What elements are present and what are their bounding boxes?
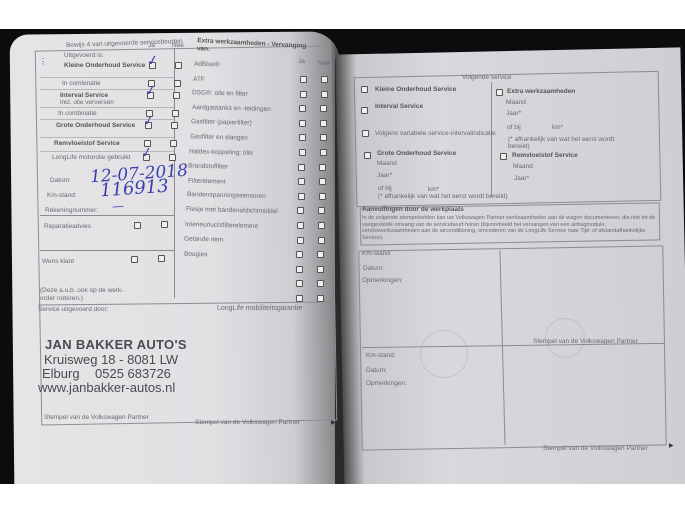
rekeningnummer-value: —: [112, 199, 125, 214]
reparatieadvies-ja-checkbox[interactable]: [134, 222, 141, 229]
extra-item-nee-checkbox[interactable]: [317, 280, 324, 287]
divider: [491, 82, 492, 197]
rem-jaar-label: Jaar*: [514, 175, 529, 182]
service-nee-checkbox[interactable]: [169, 154, 176, 161]
extra-item-label: Haldex-koppeling: olie: [189, 148, 253, 157]
volgende-item-1: Interval Service: [375, 103, 423, 110]
extra-item-nee-checkbox[interactable]: [321, 91, 328, 98]
divider: [40, 107, 174, 108]
ja-header: Ja: [148, 42, 155, 49]
entry1-opmerkingen-label: Opmerkingen:: [362, 277, 403, 284]
extra-item-ja-checkbox[interactable]: [299, 134, 306, 141]
divider: [40, 151, 174, 152]
extra-item-ja-checkbox[interactable]: [296, 266, 303, 273]
extra-item-label: Getande riem: [184, 236, 224, 244]
extra-ja-header: Ja: [298, 58, 305, 65]
divider: [40, 137, 174, 138]
service-sublabel: incl. olie verversen: [60, 99, 114, 106]
volgende-service-header: Volgende service: [462, 74, 512, 81]
extra-item-nee-checkbox[interactable]: [317, 266, 324, 273]
margin-mark: ⋮: [39, 57, 47, 66]
grote-maand-label: Maand: [377, 160, 397, 167]
dealer-website: www.janbakker-autos.nl: [38, 380, 175, 395]
dealer-name: JAN BAKKER AUTO'S: [45, 337, 187, 352]
service-label: Remvloeistof Service: [54, 140, 120, 147]
extra-nee-header: Nee: [318, 60, 330, 67]
extra-item-nee-checkbox[interactable]: [318, 222, 325, 229]
grote-of-bij-label: of bij: [378, 185, 392, 192]
extra-item-nee-checkbox[interactable]: [320, 120, 327, 127]
checkmark-icon: ✓: [144, 82, 158, 100]
service-label: In combinatie: [62, 80, 101, 87]
kmstand-label: Km-stand:: [47, 192, 77, 199]
service-nee-checkbox[interactable]: [172, 110, 179, 117]
volgende-item-3: Grote Onderhoud Service: [377, 150, 456, 157]
extra-item-ja-checkbox[interactable]: [298, 164, 305, 171]
service-nee-checkbox[interactable]: [173, 92, 180, 99]
service-label: LongLife motorolie gebruikt: [52, 154, 130, 161]
reparatieadvies-nee-checkbox[interactable]: [161, 221, 168, 228]
longlife-mobiliteitsgarantie-label: LongLife mobiliteitsgarantie: [217, 305, 302, 312]
nee-header: Nee: [172, 42, 184, 49]
rekeningnummer-label: Rekeningnummer:: [45, 207, 98, 214]
entry2-kmstand-label: Km-stand:: [366, 352, 396, 359]
extra-item-nee-checkbox[interactable]: [320, 149, 327, 156]
interval-service-checkbox[interactable]: [361, 107, 368, 114]
wens-klant-nee-checkbox[interactable]: [158, 255, 165, 262]
extra-item-ja-checkbox[interactable]: [297, 237, 304, 244]
extra-item-nee-checkbox[interactable]: [319, 178, 326, 185]
extra-item-ja-checkbox[interactable]: [299, 149, 306, 156]
uitgevoerd-header: Uitgevoerd is:: [64, 52, 104, 59]
stamp-caption-left: Stempel van de Volkswagen Partner: [44, 414, 149, 421]
extra-item-ja-checkbox[interactable]: [299, 120, 306, 127]
entry2-datum-label: Datum:: [366, 367, 387, 374]
extra-of-bij-label: of bij: [507, 124, 521, 131]
grote-km-label: km*: [428, 186, 439, 193]
extra-item-nee-checkbox[interactable]: [320, 134, 327, 141]
extra-item-label: Bougies: [184, 250, 208, 258]
rem-maand-label: Maand: [513, 163, 533, 170]
extra-item-nee-checkbox[interactable]: [319, 164, 326, 171]
checkmark-icon: ✓: [140, 144, 154, 162]
extra-item-nee-checkbox[interactable]: [321, 76, 328, 83]
extra-werkzaamheden-checkbox[interactable]: [496, 89, 503, 96]
aanvullingen-text: In de volgende stempelvelden kan uw Volk…: [362, 215, 657, 241]
datum-label: Datum:: [50, 177, 71, 184]
page-turn-arrow-icon: ▶: [331, 419, 336, 426]
extra-km-label: km*: [552, 124, 563, 131]
service-nee-checkbox[interactable]: [175, 62, 182, 69]
extra-item-ja-checkbox[interactable]: [296, 251, 303, 258]
grote-jaar-label: Jaar*: [377, 172, 392, 179]
service-label: In combinatie: [58, 110, 97, 117]
divider: [40, 119, 174, 120]
dealer-city: Elburg: [42, 366, 80, 381]
checkmark-icon: ✓: [146, 52, 160, 70]
werkorder-note: (Deze a.u.b. ook op de werk- order noter…: [40, 287, 123, 303]
extra-item-ja-checkbox[interactable]: [300, 91, 307, 98]
extra-item-ja-checkbox[interactable]: [297, 207, 304, 214]
bleed-through-logo: [420, 330, 468, 378]
divider: [40, 250, 174, 251]
volgende-right-item-1: Remvloeistof Service: [512, 152, 578, 159]
extra-item-nee-checkbox[interactable]: [318, 207, 325, 214]
extra-item-nee-checkbox[interactable]: [320, 105, 327, 112]
wens-klant-label: Wens klant: [42, 258, 74, 265]
dealer-address: Kruisweg 18 - 8081 LW: [44, 352, 178, 367]
service-uitgevoerd-label: Service uitgevoerd door:: [38, 306, 108, 313]
extra-item-ja-checkbox[interactable]: [300, 76, 307, 83]
service-label: Grote Onderhoud Service: [56, 122, 135, 129]
service-label: Kleine Onderhoud Service: [64, 62, 145, 69]
service-nee-checkbox[interactable]: [174, 80, 181, 87]
extra-item-nee-checkbox[interactable]: [318, 237, 325, 244]
divider: [40, 215, 174, 216]
stamp-caption-right: Stempel van de Volkswagen Partner: [195, 419, 300, 426]
page-turn-arrow-icon: ▶: [669, 442, 674, 449]
wens-klant-ja-checkbox[interactable]: [131, 256, 138, 263]
extra-item-ja-checkbox[interactable]: [296, 280, 303, 287]
footnote-2: (* afhankelijk van wat het eerst wordt b…: [508, 136, 618, 150]
extra-item-label: Filterelement: [188, 177, 226, 185]
kleine-onderhoud-checkbox[interactable]: [361, 86, 368, 93]
extra-item-ja-checkbox[interactable]: [297, 222, 304, 229]
volgende-item-0: Kleine Onderhoud Service: [375, 86, 456, 93]
divider: [40, 77, 174, 78]
extra-jaar-label: Jaar*: [506, 110, 521, 117]
remvloeistof-checkbox[interactable]: [500, 153, 507, 160]
footnote-1: (* afhankelijk van wat het eerst wordt b…: [378, 193, 508, 200]
entry2-opmerkingen-label: Opmerkingen:: [366, 380, 407, 387]
reparatieadvies-label: Reparatieadvies: [44, 223, 91, 230]
volgende-right-item-0: Extra werkzaamheden: [507, 88, 575, 95]
aanvullingen-header: Aanvullingen door de werkplaats: [362, 206, 464, 213]
extra-item-label: Interieurluchtfilterelement: [185, 221, 258, 230]
extra-item-nee-checkbox[interactable]: [317, 251, 324, 258]
extra-item-nee-checkbox[interactable]: [317, 295, 324, 302]
extra-item-label: AdBlue®: [194, 61, 220, 69]
service-label: Interval Service: [60, 92, 108, 99]
extra-item-label: Brandstoffilter: [188, 163, 228, 171]
extra-item-ja-checkbox[interactable]: [298, 178, 305, 185]
extra-item-label: Gasfilter en slangen: [190, 133, 248, 142]
extra-item-ja-checkbox[interactable]: [299, 105, 306, 112]
extra-maand-label: Maand: [506, 99, 526, 106]
variabele-interval-checkbox[interactable]: [362, 130, 369, 137]
extra-item-ja-checkbox[interactable]: [298, 193, 305, 200]
volgende-item-2: Volgens variabele service-intervalindica…: [375, 130, 496, 137]
divider: [40, 89, 174, 90]
entry2-stamp-caption: Stempel van de Volkswagen Partner: [543, 445, 648, 452]
bleed-through-logo: [545, 318, 585, 358]
extra-item-label: ATF: [193, 75, 205, 82]
dealer-phone: 0525 683726: [95, 366, 171, 381]
entry1-datum-label: Datum:: [363, 265, 384, 272]
extra-item-ja-checkbox[interactable]: [296, 295, 303, 302]
checkmark-icon: ✓: [142, 112, 156, 130]
werkplaats-entries-frame: [358, 245, 666, 450]
grote-onderhoud-checkbox[interactable]: [364, 152, 371, 159]
entry1-kmstand-label: Km-stand:: [362, 250, 392, 257]
service-nee-checkbox[interactable]: [170, 140, 177, 147]
service-nee-checkbox[interactable]: [171, 122, 178, 129]
extra-item-nee-checkbox[interactable]: [319, 193, 326, 200]
